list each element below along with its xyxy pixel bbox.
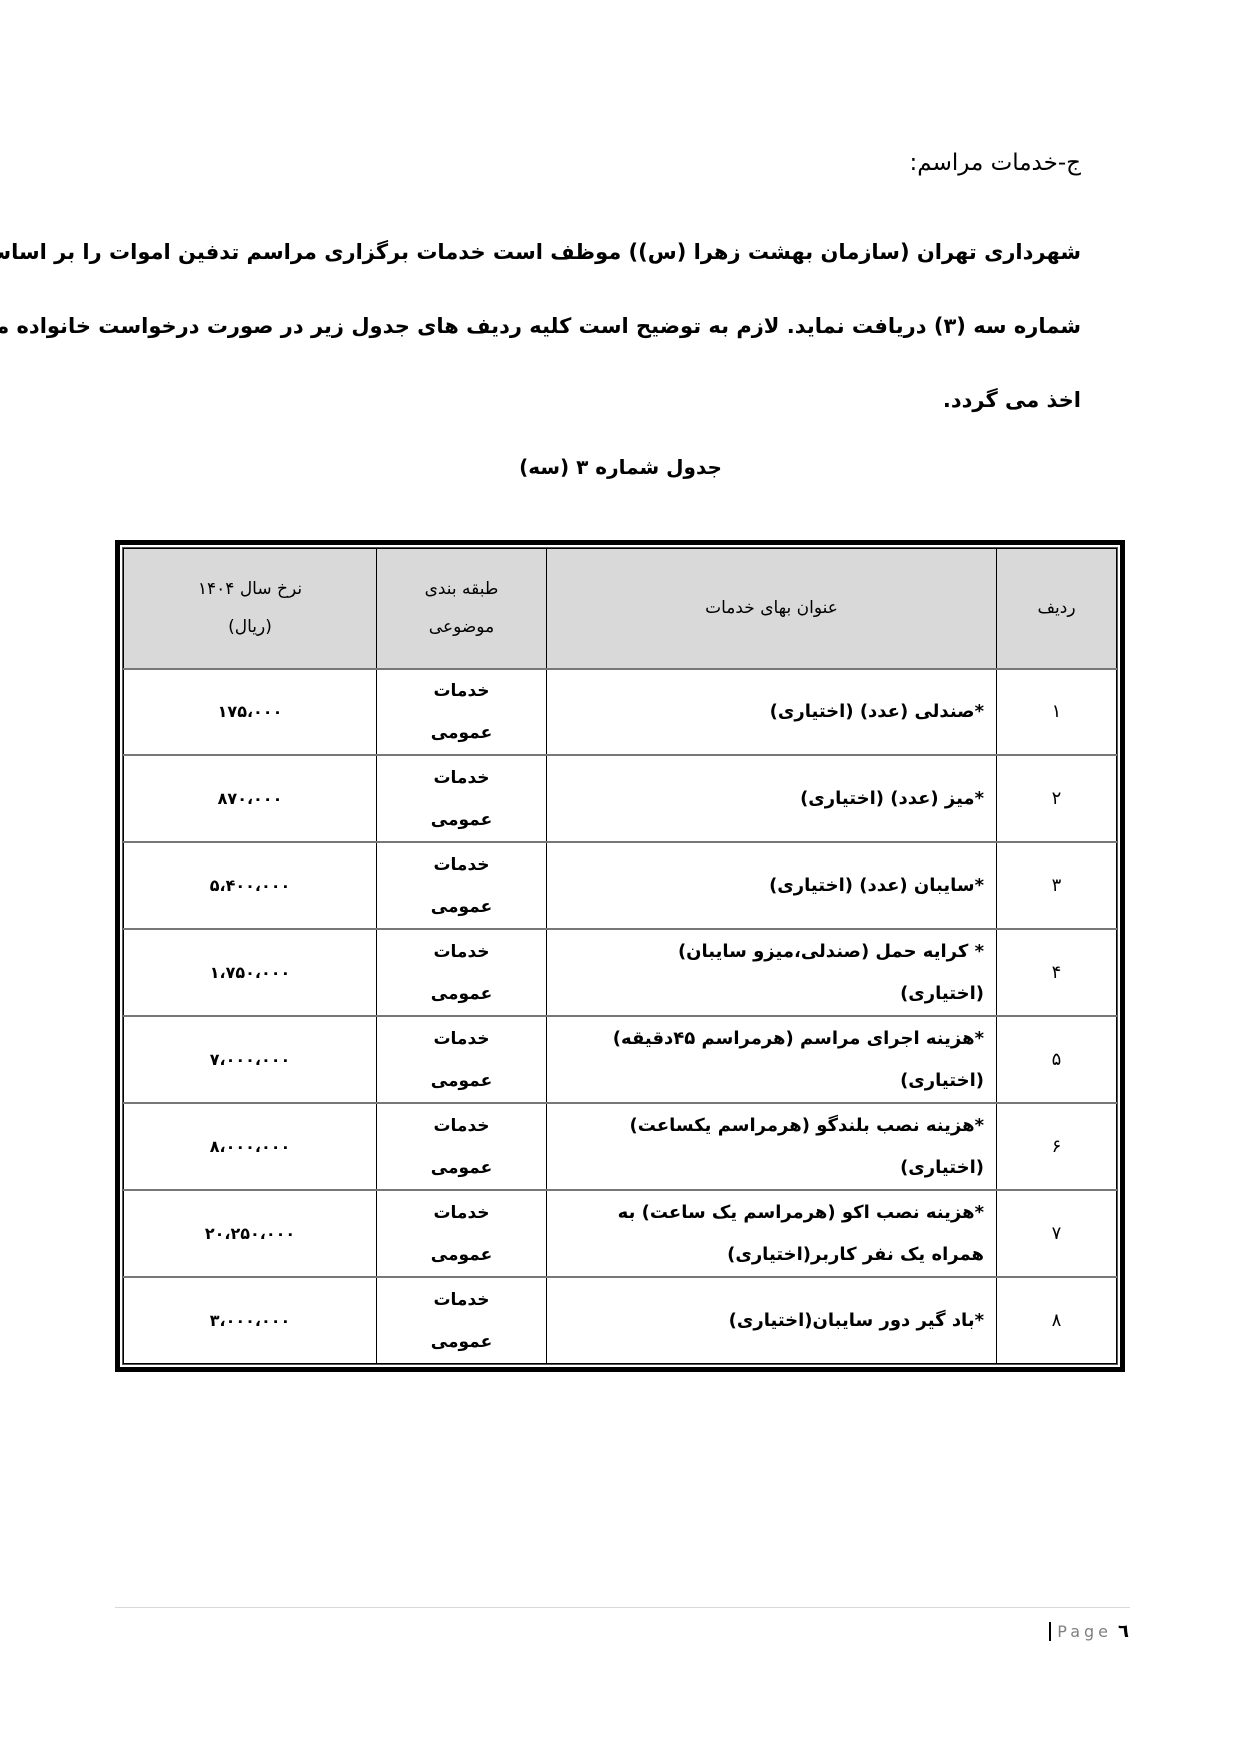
category-line2: عمومی	[387, 973, 536, 1015]
service-category: خدماتعمومی	[377, 1103, 547, 1190]
category-line1: خدمات	[387, 1105, 536, 1147]
service-title: * کرایه حمل (صندلی،میزو سایبان)(اختیاری)	[547, 929, 997, 1016]
paragraph-line: شهرداری تهران (سازمان بهشت زهرا (س)) موظ…	[118, 215, 1081, 289]
service-title-line1: *هزینه اجرای مراسم (هرمراسم ۴۵دقیقه)	[557, 1018, 984, 1060]
service-title-line1: *هزینه نصب اکو (هرمراسم یک ساعت) به	[557, 1192, 984, 1234]
category-line2: عمومی	[387, 1147, 536, 1189]
category-line1: خدمات	[387, 844, 536, 886]
category-line1: خدمات	[387, 931, 536, 973]
services-price-table: ردیف عنوان بهای خدمات طبقه بندی موضوعی ن…	[123, 548, 1117, 1364]
service-price: ۵،۴۰۰،۰۰۰	[124, 842, 377, 929]
service-title-line2: (اختیاری)	[557, 973, 984, 1015]
row-number: ۷	[997, 1190, 1117, 1277]
table-row: ۱ *صندلی (عدد) (اختیاری) خدماتعمومی ۱۷۵،…	[124, 669, 1117, 756]
row-number: ۳	[997, 842, 1117, 929]
table-row: ۶ *هزینه نصب بلندگو (هرمراسم یکساعت)(اخت…	[124, 1103, 1117, 1190]
row-number: ۶	[997, 1103, 1117, 1190]
table-row: ۴ * کرایه حمل (صندلی،میزو سایبان)(اختیار…	[124, 929, 1117, 1016]
service-title: *هزینه نصب اکو (هرمراسم یک ساعت) بههمراه…	[547, 1190, 997, 1277]
category-line2: عمومی	[387, 886, 536, 928]
row-number: ۸	[997, 1277, 1117, 1363]
page-footer: Page ٦	[1049, 1621, 1129, 1642]
service-category: خدماتعمومی	[377, 755, 547, 842]
service-price: ۱۷۵،۰۰۰	[124, 669, 377, 756]
service-title-line2: همراه یک نفر کاربر(اختیاری)	[557, 1234, 984, 1276]
service-title: *باد گیر دور سایبان(اختیاری)	[547, 1277, 997, 1363]
page-number: ٦	[1118, 1621, 1129, 1642]
category-line1: خدمات	[387, 1279, 536, 1321]
header-category: طبقه بندی موضوعی	[377, 549, 547, 669]
category-line1: خدمات	[387, 670, 536, 712]
service-title: *صندلی (عدد) (اختیاری)	[547, 669, 997, 756]
footer-bar-icon	[1049, 1622, 1051, 1641]
services-table-frame: ردیف عنوان بهای خدمات طبقه بندی موضوعی ن…	[115, 540, 1125, 1372]
category-line1: خدمات	[387, 757, 536, 799]
header-row-number: ردیف	[997, 549, 1117, 669]
document-page: ج-خدمات مراسم: شهرداری تهران (سازمان بهش…	[0, 0, 1241, 1755]
header-price-line1: نرخ سال ۱۴۰۴	[134, 570, 366, 608]
header-category-line2: موضوعی	[387, 608, 536, 646]
table-caption: جدول شماره ۳ (سه)	[0, 455, 1241, 479]
header-category-line1: طبقه بندی	[387, 570, 536, 608]
service-title: *میز (عدد) (اختیاری)	[547, 755, 997, 842]
header-price: نرخ سال ۱۴۰۴ (ریال)	[124, 549, 377, 669]
category-line2: عمومی	[387, 712, 536, 754]
service-price: ۲۰،۲۵۰،۰۰۰	[124, 1190, 377, 1277]
table-row: ۷ *هزینه نصب اکو (هرمراسم یک ساعت) بههمر…	[124, 1190, 1117, 1277]
table-row: ۲ *میز (عدد) (اختیاری) خدماتعمومی ۸۷۰،۰۰…	[124, 755, 1117, 842]
row-number: ۲	[997, 755, 1117, 842]
service-title-line2: (اختیاری)	[557, 1147, 984, 1189]
section-heading: ج-خدمات مراسم:	[910, 150, 1081, 176]
service-category: خدماتعمومی	[377, 929, 547, 1016]
service-title-line1: *هزینه نصب بلندگو (هرمراسم یکساعت)	[557, 1105, 984, 1147]
service-title: *هزینه اجرای مراسم (هرمراسم ۴۵دقیقه)(اخت…	[547, 1016, 997, 1103]
service-price: ۷،۰۰۰،۰۰۰	[124, 1016, 377, 1103]
service-price: ۸۷۰،۰۰۰	[124, 755, 377, 842]
category-line1: خدمات	[387, 1018, 536, 1060]
service-category: خدماتعمومی	[377, 1277, 547, 1363]
section-paragraph: شهرداری تهران (سازمان بهشت زهرا (س)) موظ…	[118, 215, 1081, 437]
header-service-title: عنوان بهای خدمات	[547, 549, 997, 669]
service-title-line1: * کرایه حمل (صندلی،میزو سایبان)	[557, 931, 984, 973]
table-row: ۳ *سایبان (عدد) (اختیاری) خدماتعمومی ۵،۴…	[124, 842, 1117, 929]
header-price-line2: (ریال)	[134, 608, 366, 646]
service-category: خدماتعمومی	[377, 669, 547, 756]
page-label: Page	[1057, 1622, 1112, 1641]
service-title-line1: *باد گیر دور سایبان(اختیاری)	[557, 1300, 984, 1342]
row-number: ۴	[997, 929, 1117, 1016]
category-line1: خدمات	[387, 1192, 536, 1234]
service-title-line1: *میز (عدد) (اختیاری)	[557, 778, 984, 820]
row-number: ۵	[997, 1016, 1117, 1103]
table-header-row: ردیف عنوان بهای خدمات طبقه بندی موضوعی ن…	[124, 549, 1117, 669]
category-line2: عمومی	[387, 1060, 536, 1102]
service-price: ۳،۰۰۰،۰۰۰	[124, 1277, 377, 1363]
paragraph-line: اخذ می گردد.	[118, 363, 1081, 437]
service-price: ۱،۷۵۰،۰۰۰	[124, 929, 377, 1016]
category-line2: عمومی	[387, 799, 536, 841]
service-title-line1: *سایبان (عدد) (اختیاری)	[557, 865, 984, 907]
table-row: ۵ *هزینه اجرای مراسم (هرمراسم ۴۵دقیقه)(ا…	[124, 1016, 1117, 1103]
table-row: ۸ *باد گیر دور سایبان(اختیاری) خدماتعموم…	[124, 1277, 1117, 1363]
paragraph-line: شماره سه (۳) دریافت نماید. لازم به توضیح…	[118, 289, 1081, 363]
footer-divider	[115, 1607, 1130, 1608]
service-title-line1: *صندلی (عدد) (اختیاری)	[557, 691, 984, 733]
row-number: ۱	[997, 669, 1117, 756]
service-category: خدماتعمومی	[377, 1016, 547, 1103]
category-line2: عمومی	[387, 1321, 536, 1363]
service-category: خدماتعمومی	[377, 1190, 547, 1277]
category-line2: عمومی	[387, 1234, 536, 1276]
service-title-line2: (اختیاری)	[557, 1060, 984, 1102]
service-category: خدماتعمومی	[377, 842, 547, 929]
service-price: ۸،۰۰۰،۰۰۰	[124, 1103, 377, 1190]
service-title: *هزینه نصب بلندگو (هرمراسم یکساعت)(اختیا…	[547, 1103, 997, 1190]
service-title: *سایبان (عدد) (اختیاری)	[547, 842, 997, 929]
